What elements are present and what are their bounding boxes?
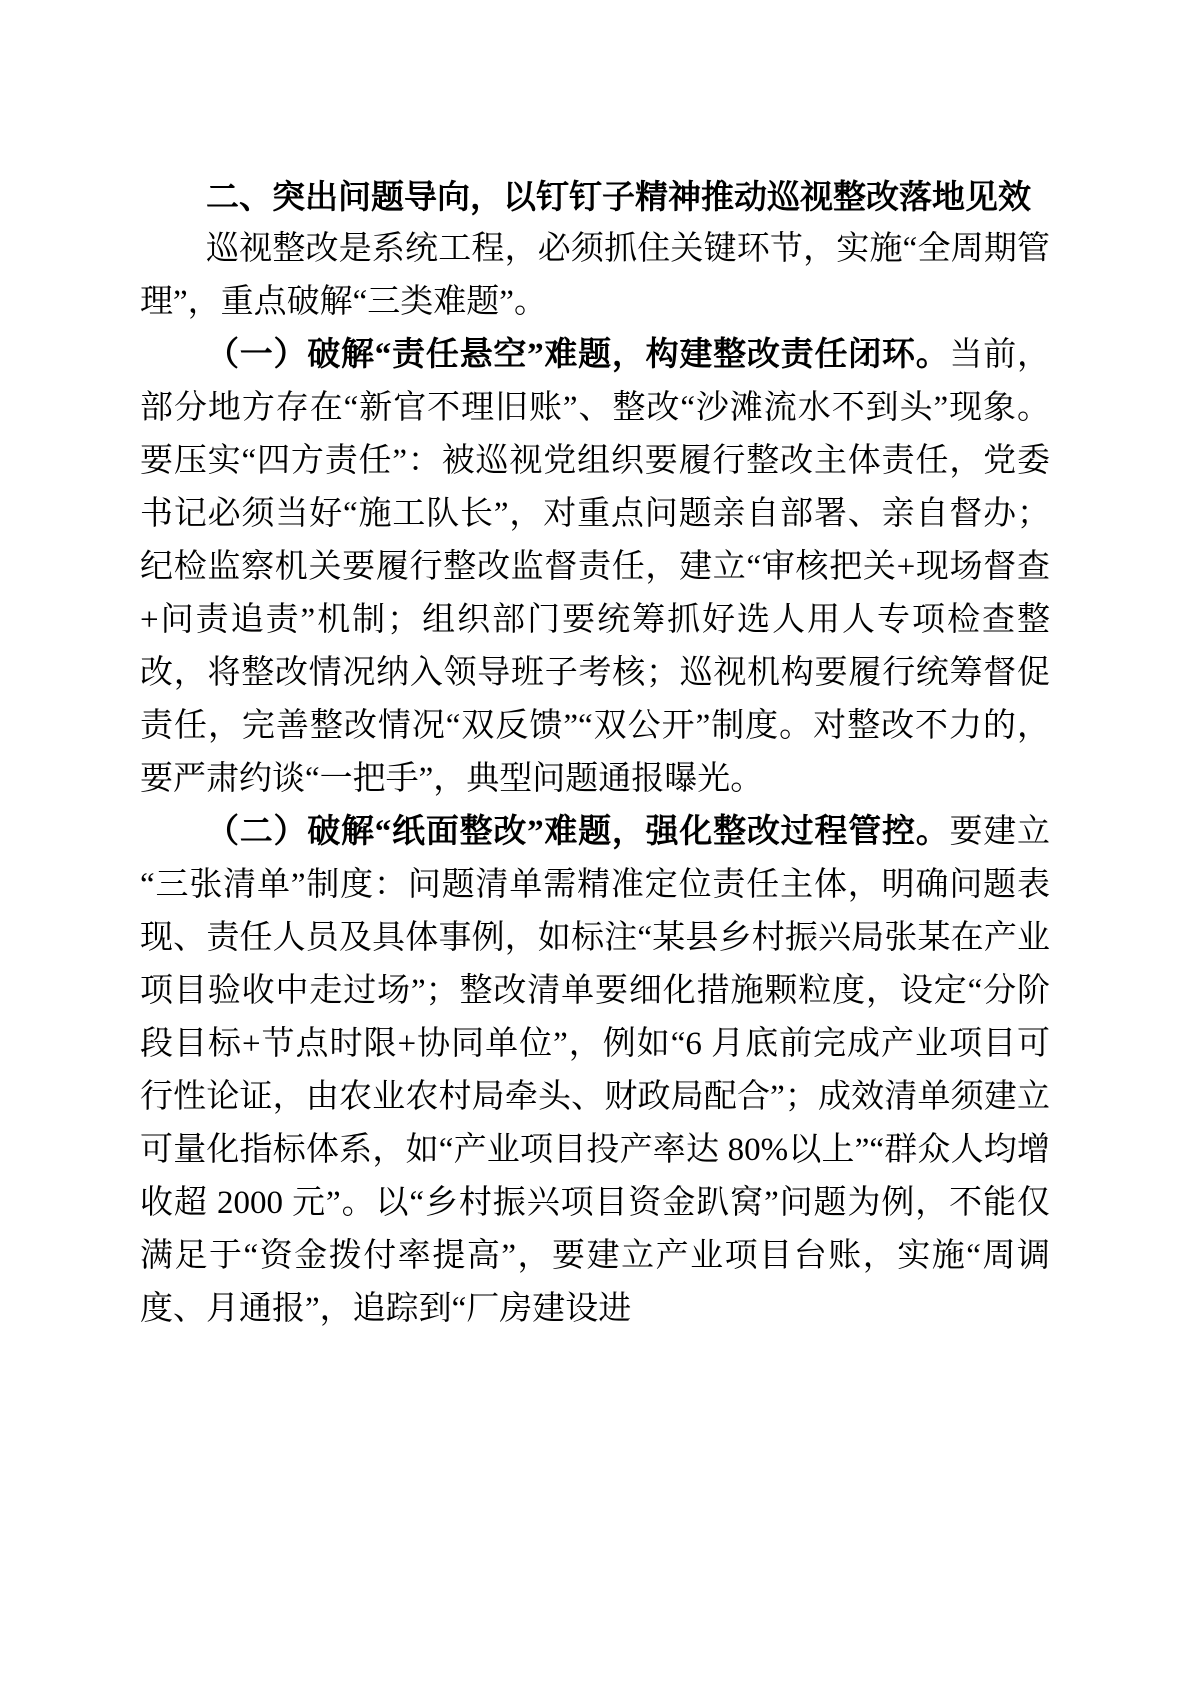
subhead-item-1: （一）破解“责任悬空”难题，构建整改责任闭环。 [206, 337, 949, 373]
section-heading: 二、突出问题导向，以钉钉子精神推动巡视整改落地见效 [140, 170, 1050, 223]
paragraph-item-1: （一）破解“责任悬空”难题，构建整改责任闭环。当前，部分地方存在“新官不理旧账”… [140, 329, 1050, 806]
paragraph-item-1-text: 当前，部分地方存在“新官不理旧账”、整改“沙滩流水不到头”现象。要压实“四方责任… [140, 337, 1050, 797]
paragraph-intro: 巡视整改是系统工程，必须抓住关键环节，实施“全周期管理”，重点破解“三类难题”。 [140, 223, 1050, 329]
document-body: 二、突出问题导向，以钉钉子精神推动巡视整改落地见效 巡视整改是系统工程，必须抓住… [140, 170, 1050, 1336]
subhead-item-2: （二）破解“纸面整改”难题，强化整改过程管控。 [206, 814, 949, 850]
document-page: 二、突出问题导向，以钉钉子精神推动巡视整改落地见效 巡视整改是系统工程，必须抓住… [0, 0, 1190, 1683]
paragraph-item-2: （二）破解“纸面整改”难题，强化整改过程管控。要建立“三张清单”制度：问题清单需… [140, 806, 1050, 1336]
paragraph-intro-text: 巡视整改是系统工程，必须抓住关键环节，实施“全周期管理”，重点破解“三类难题”。 [140, 231, 1050, 320]
paragraph-item-2-text: 要建立“三张清单”制度：问题清单需精准定位责任主体，明确问题表现、责任人员及具体… [140, 814, 1050, 1327]
